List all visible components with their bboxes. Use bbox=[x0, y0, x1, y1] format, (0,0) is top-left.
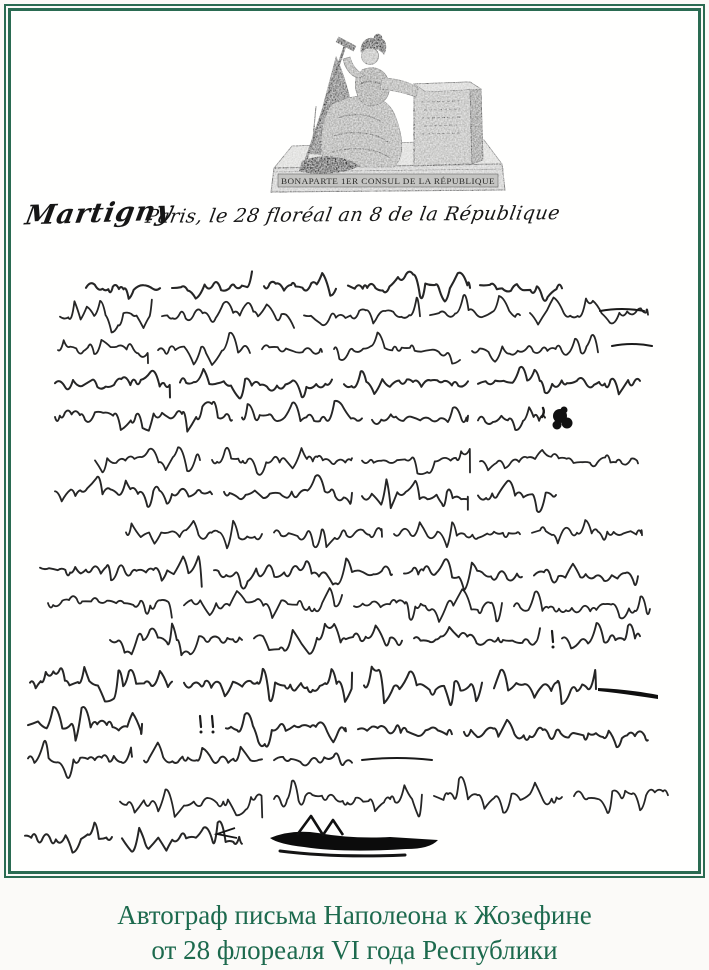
caption-line-2: от 28 флореаля VI года Республики bbox=[0, 933, 709, 968]
plinth-inscription: BONAPARTE 1ER CONSUL DE LA RÉPUBLIQUE bbox=[281, 176, 495, 186]
engraving-figure-group bbox=[271, 34, 505, 192]
caption: Автограф письма Наполеона к Жозефине от … bbox=[0, 898, 709, 968]
bonaparte-consul-engraving: BONAPARTE 1ER CONSUL DE LA RÉPUBLIQUE bbox=[266, 26, 510, 198]
handwritten-dateline: Paris, le 28 floréal an 8 de la Républiq… bbox=[144, 202, 562, 228]
book-page: BONAPARTE 1ER CONSUL DE LA RÉPUBLIQUE Ma… bbox=[0, 0, 709, 970]
caption-line-1: Автограф письма Наполеона к Жозефине bbox=[0, 898, 709, 933]
